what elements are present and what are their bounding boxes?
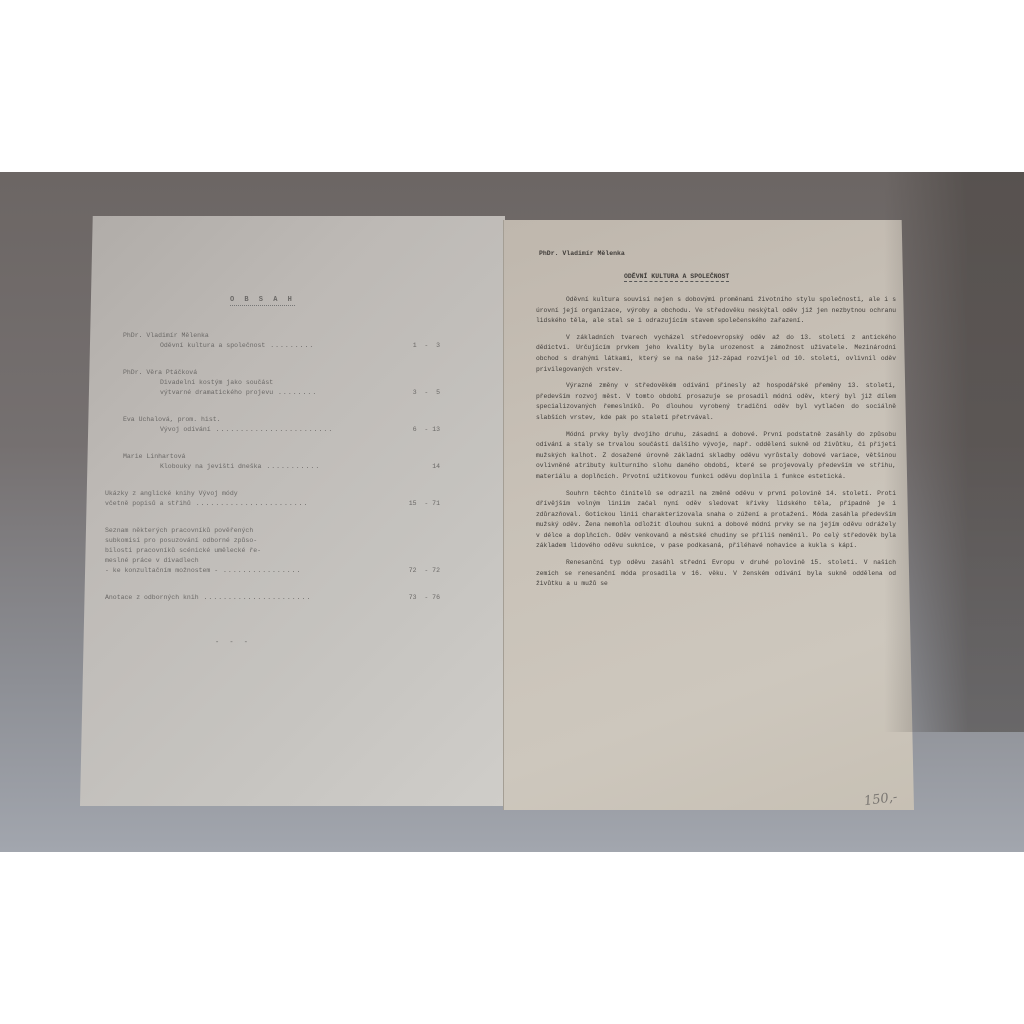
leader-dots: ........................ [211, 426, 334, 433]
toc-entry-author: PhDr. Věra Ptáčková [123, 368, 490, 378]
article-paragraph: Výrazné změny v středověkém odívání přin… [536, 381, 896, 423]
article-author: PhDr. Vladimír Mělenka [539, 250, 625, 257]
article-paragraph: V základních tvarech vycházel středoevro… [536, 333, 896, 375]
toc-entry-author: PhDr. Vladimír Mělenka [123, 331, 490, 341]
leader-dots: ........... [261, 463, 320, 470]
toc-entry: PhDr. Věra PtáčkováDivadelní kostým jako… [105, 368, 490, 398]
page-number: 1 [965, 808, 970, 817]
toc-entry: Seznam některých pracovníků pověřenýchsu… [105, 526, 490, 576]
toc-entry: Anotace z odborných knih ...............… [105, 593, 490, 603]
toc-entry-title: výtvarné dramatického projevu ........3 … [160, 388, 490, 398]
leader-dots: ......... [265, 342, 314, 349]
toc-page-range: 6 - 13 [413, 425, 440, 435]
toc-page-range: 15 - 71 [409, 499, 440, 509]
toc-entry-title: Vývoj odívání ........................6 … [160, 425, 490, 435]
toc-list: PhDr. Vladimír MělenkaOděvní kultura a s… [105, 331, 490, 620]
toc-entry-title: meslné práce v divadlech [105, 556, 490, 566]
article-paragraph: Renesanční typ oděvu zasáhl střední Evro… [536, 558, 896, 590]
toc-entry-author: Eva Uchalová, prom. hist. [123, 415, 490, 425]
toc-entry-title: bilosti pracovníků scénické umělecké ře- [105, 546, 490, 556]
toc-entry-title: Ukázky z anglické knihy Vývoj módy [105, 489, 490, 499]
toc-page-range: 1 - 3 [413, 341, 440, 351]
toc-entry-author: Marie Linhartová [123, 452, 490, 462]
toc-entry: Eva Uchalová, prom. hist.Vývoj odívání .… [105, 415, 490, 435]
toc-entry-title: Divadelní kostým jako součást [160, 378, 490, 388]
toc-entry: Ukázky z anglické knihy Vývoj módyvčetně… [105, 489, 490, 509]
article-paragraph: Souhrn těchto činitelů se odrazil na změ… [536, 489, 896, 553]
leader-dots: ........ [273, 389, 317, 396]
toc-title: O B S A H [230, 296, 295, 306]
article-paragraph: Módní prvky byly dvojího druhu, zásadní … [536, 430, 896, 483]
handwritten-price: 150,- [863, 790, 898, 809]
toc-entry: Marie LinhartováKlobouky na jevišti dneš… [105, 452, 490, 472]
left-page-table-of-contents: O B S A H PhDr. Vladimír MělenkaOděvní k… [80, 216, 505, 806]
article-body: Oděvní kultura souvisí nejen s dobovými … [536, 295, 896, 596]
toc-entry-title: Oděvní kultura a společnost .........1 -… [160, 341, 490, 351]
leader-dots: ................ [218, 567, 301, 574]
toc-entry-title: - ke konzultačním možnostem - ..........… [105, 566, 490, 576]
article-title: ODĚVNÍ KULTURA A SPOLEČNOST [624, 273, 729, 282]
toc-page-range: 14 [432, 462, 440, 472]
toc-page-range: 3 - 5 [413, 388, 440, 398]
leader-dots: ....................... [191, 500, 309, 507]
leader-dots: ...................... [199, 594, 312, 601]
end-mark: - - - [215, 639, 251, 647]
toc-entry-title: včetně popisů a střihů .................… [105, 499, 490, 509]
toc-entry-title: subkomisí pro posuzování odborné způso- [105, 536, 490, 546]
toc-entry-title: Klobouky na jevišti dneška ...........14 [160, 462, 490, 472]
article-paragraph: Oděvní kultura souvisí nejen s dobovými … [536, 295, 896, 327]
right-page-article: PhDr. Vladimír Mělenka ODĚVNÍ KULTURA A … [503, 220, 914, 810]
toc-entry-title: Anotace z odborných knih ...............… [105, 593, 490, 603]
toc-entry-title: Seznam některých pracovníků pověřených [105, 526, 490, 536]
toc-entry: PhDr. Vladimír MělenkaOděvní kultura a s… [105, 331, 490, 351]
toc-page-range: 73 - 76 [409, 593, 440, 603]
document-photo: O B S A H PhDr. Vladimír MělenkaOděvní k… [0, 172, 1024, 852]
toc-page-range: 72 - 72 [409, 566, 440, 576]
